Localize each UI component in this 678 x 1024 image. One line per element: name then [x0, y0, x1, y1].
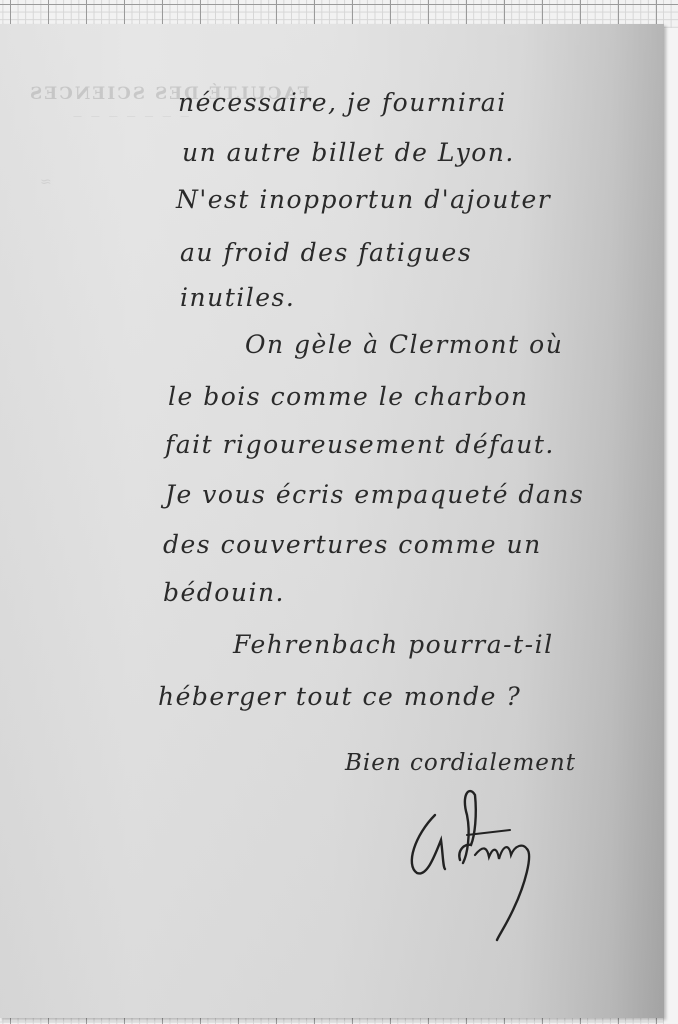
letter-line-9: Je vous écris empaqueté dans	[165, 480, 584, 509]
letter-line-2: un autre billet de Lyon.	[182, 138, 515, 167]
letter-line-8: fait rigoureusement défaut.	[165, 430, 555, 459]
letter-line-1: nécessaire, je fournirai	[178, 88, 507, 117]
letter-line-5: inutiles.	[180, 283, 295, 312]
letter-closing: Bien cordialement	[345, 750, 576, 776]
letter-line-13: héberger tout ce monde ?	[158, 682, 521, 711]
letter-line-12: Fehrenbach pourra-t-il	[233, 630, 554, 659]
signature: A. Dufay	[405, 785, 565, 945]
letter-line-11: bédouin.	[163, 578, 285, 607]
letter-line-3: N'est inopportun d'ajouter	[176, 185, 551, 214]
letter-line-6: On gèle à Clermont où	[245, 330, 563, 359]
letterhead-subline: — — — — — — —	[70, 112, 189, 122]
letter-line-4: au froid des fatigues	[180, 238, 472, 267]
signature-scribble-icon	[405, 785, 565, 945]
page-number-mark: ≈	[40, 174, 52, 190]
grid-paper-edge	[664, 28, 678, 1024]
letter-line-7: le bois comme le charbon	[168, 382, 529, 411]
letter-line-10: des couvertures comme un	[163, 530, 542, 559]
